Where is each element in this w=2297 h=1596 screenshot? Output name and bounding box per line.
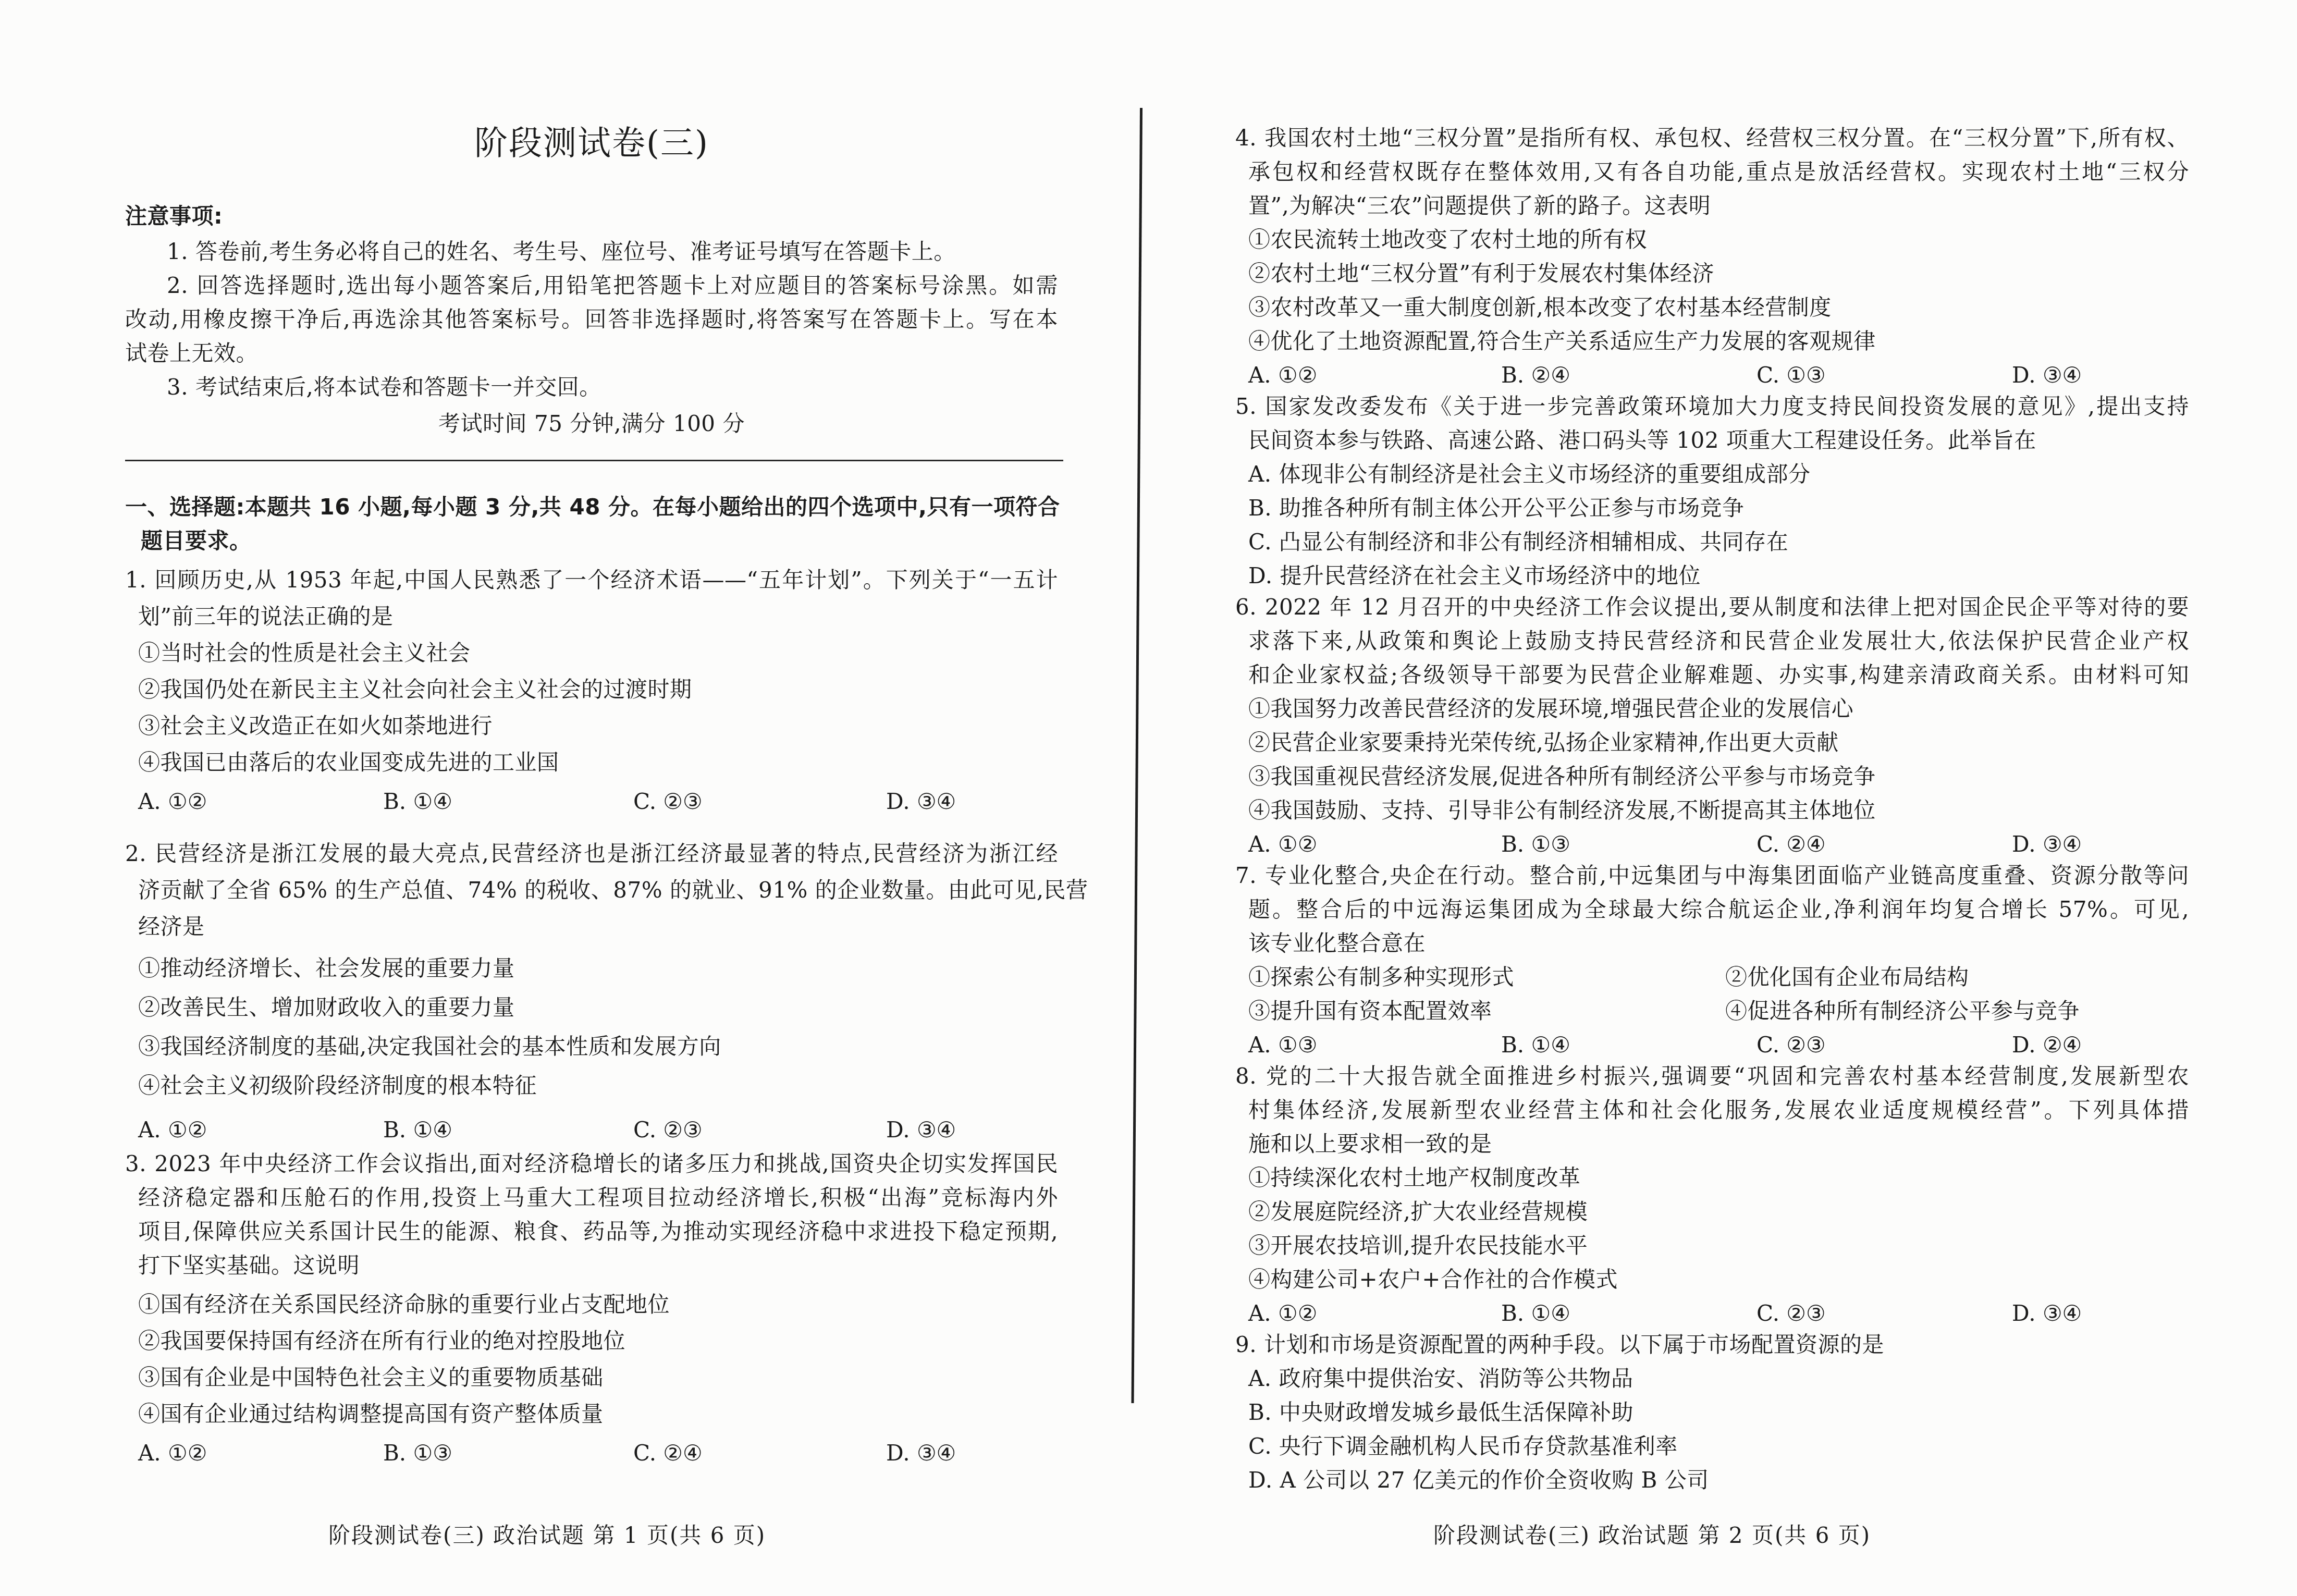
question-stem: 项目,保障供应关系国计民生的能源、粮食、药品等,为推动实现经济稳中求进投下稳定预… xyxy=(138,1217,1058,1246)
statement: ④我国鼓励、支持、引导非公有制经济发展,不断提高其主体地位 xyxy=(1248,796,1876,825)
option-a[interactable]: A. ①② xyxy=(1248,1299,1317,1328)
question-stem: 8. 党的二十大报告就全面推进乡村振兴,强调要“巩固和完善农村基本经营制度,发展… xyxy=(1235,1062,2189,1091)
column-divider xyxy=(1132,108,1143,1403)
question-stem: 划”前三年的说法正确的是 xyxy=(138,602,393,631)
question-stem: 3. 2023 年中央经济工作会议指出,面对经济稳增长的诸多压力和挑战,国资央企… xyxy=(125,1149,1058,1178)
question-stem: 2. 民营经济是浙江发展的最大亮点,民营经济也是浙江经济最显著的特点,民营经济为… xyxy=(125,839,1058,868)
statement: ①我国努力改善民营经济的发展环境,增强民营企业的发展信心 xyxy=(1248,694,1853,723)
option-b[interactable]: B. ①④ xyxy=(383,1115,452,1145)
statement: ①农民流转土地改变了农村土地的所有权 xyxy=(1248,225,1647,254)
statement: ②发展庭院经济,扩大农业经营规模 xyxy=(1248,1197,1588,1226)
question-stem: 题。整合后的中远海运集团成为全球最大综合航运企业,净利润年均复合增长 57%。可… xyxy=(1248,895,2189,924)
statement: ③国有企业是中国特色社会主义的重要物质基础 xyxy=(138,1363,604,1392)
option-b[interactable]: B. ②④ xyxy=(1501,361,1570,390)
option-a[interactable]: A. ①② xyxy=(1248,361,1317,390)
statement: ②我国要保持国有经济在所有行业的绝对控股地位 xyxy=(138,1327,625,1356)
statement: ④国有企业通过结构调整提高国有资产整体质量 xyxy=(138,1399,604,1429)
question-stem: 求落下来,从政策和舆论上鼓励支持民营经济和民营企业发展壮大,依法保护民营企业产权 xyxy=(1248,627,2189,656)
statement: ③我国重视民营经济发展,促进各种所有制经济公平参与市场竞争 xyxy=(1248,762,1876,791)
question-stem: 和企业家权益;各级领导干部要为民营企业解难题、办实事,构建亲清政商关系。由材料可… xyxy=(1248,660,2189,690)
section-heading-line-2: 题目要求。 xyxy=(141,526,252,556)
statement: ③我国经济制度的基础,决定我国社会的基本性质和发展方向 xyxy=(138,1032,721,1061)
statement: ③提升国有资本配置效率 xyxy=(1248,997,1492,1026)
option-a[interactable]: A. ①② xyxy=(138,1115,207,1145)
statement: ①探索公有制多种实现形式 xyxy=(1248,963,1514,992)
statement: ②改善民生、增加财政收入的重要力量 xyxy=(138,993,515,1022)
notice-line-2: 2. 回答选择题时,选出每小题答案后,用铅笔把答题卡上对应题目的答案标号涂黑。如… xyxy=(167,271,1058,300)
choice-c[interactable]: C. 凸显公有制经济和非公有制经济相辅相成、共同存在 xyxy=(1248,527,1788,557)
statement: ①当时社会的性质是社会主义社会 xyxy=(138,639,471,668)
choice-d[interactable]: D. 提升民营经济在社会主义市场经济中的地位 xyxy=(1248,561,1701,591)
statement: ④构建公司+农户+合作社的合作模式 xyxy=(1248,1265,1618,1294)
statement: ④我国已由落后的农业国变成先进的工业国 xyxy=(138,748,559,777)
question-stem: 7. 专业化整合,央企在行动。整合前,中远集团与中海集团面临产业链高度重叠、资源… xyxy=(1235,861,2189,890)
option-d[interactable]: D. ③④ xyxy=(886,1115,956,1145)
statement: ④优化了土地资源配置,符合生产关系适应生产力发展的客观规律 xyxy=(1248,327,1876,356)
statement: ②优化国有企业布局结构 xyxy=(1725,963,1969,992)
choice-c[interactable]: C. 央行下调金融机构人民币存贷款基准利率 xyxy=(1248,1432,1678,1461)
option-b[interactable]: B. ①③ xyxy=(1501,830,1570,859)
option-d[interactable]: D. ③④ xyxy=(2012,361,2082,390)
option-d[interactable]: D. ②④ xyxy=(2012,1030,2082,1060)
question-stem: 9. 计划和市场是资源配置的两种手段。以下属于市场配置资源的是 xyxy=(1235,1330,1884,1359)
option-d[interactable]: D. ③④ xyxy=(886,1439,956,1468)
choice-d[interactable]: D. A 公司以 27 亿美元的作价全资收购 B 公司 xyxy=(1248,1466,1709,1495)
section-heading-line-1: 一、选择题:本题共 16 小题,每小题 3 分,共 48 分。在每小题给出的四个… xyxy=(125,493,1058,522)
statement: ④促进各种所有制经济公平参与竞争 xyxy=(1725,997,2080,1026)
question-stem: 济贡献了全省 65% 的生产总值、74% 的税收、87% 的就业、91% 的企业… xyxy=(138,876,1058,905)
option-d[interactable]: D. ③④ xyxy=(2012,830,2082,859)
option-a[interactable]: A. ①② xyxy=(138,787,207,816)
question-stem: 经济是 xyxy=(138,912,205,941)
statement: ②农村土地“三权分置”有利于发展农村集体经济 xyxy=(1248,259,1714,288)
option-b[interactable]: B. ①④ xyxy=(1501,1299,1570,1328)
choice-a[interactable]: A. 政府集中提供治安、消防等公共物品 xyxy=(1248,1364,1633,1393)
choice-a[interactable]: A. 体现非公有制经济是社会主义市场经济的重要组成部分 xyxy=(1248,460,1811,489)
option-a[interactable]: A. ①③ xyxy=(1248,1030,1317,1060)
statement: ③社会主义改造正在如火如荼地进行 xyxy=(138,711,493,741)
question-stem: 6. 2022 年 12 月召开的中央经济工作会议提出,要从制度和法律上把对国企… xyxy=(1235,593,2189,622)
option-a[interactable]: A. ①② xyxy=(138,1439,207,1468)
option-c[interactable]: C. ②③ xyxy=(633,1115,703,1145)
header-divider xyxy=(125,460,1063,461)
notice-line-4: 试卷上无效。 xyxy=(125,339,258,368)
question-stem: 村集体经济,发展新型农业经营主体和社会化服务,发展农业适度规模经营”。下列具体措 xyxy=(1248,1096,2189,1125)
page-2-footer: 阶段测试卷(三) 政治试题 第 2 页(共 6 页) xyxy=(1433,1521,1871,1550)
option-a[interactable]: A. ①② xyxy=(1248,830,1317,859)
option-b[interactable]: B. ①④ xyxy=(1501,1030,1570,1060)
statement: ①国有经济在关系国民经济命脉的重要行业占支配地位 xyxy=(138,1290,670,1319)
question-stem: 该专业化整合意在 xyxy=(1248,929,1426,958)
notice-line-1: 1. 答卷前,考生务必将自己的姓名、考生号、座位号、准考证号填写在答题卡上。 xyxy=(167,237,956,266)
question-stem: 承包权和经营权既存在整体效用,又有各自功能,重点是放活经营权。实现农村土地“三权… xyxy=(1248,157,2189,187)
choice-b[interactable]: B. 中央财政增发城乡最低生活保障补助 xyxy=(1248,1398,1633,1427)
statement: ①推动经济增长、社会发展的重要力量 xyxy=(138,954,515,983)
page-1-footer: 阶段测试卷(三) 政治试题 第 1 页(共 6 页) xyxy=(328,1521,766,1550)
option-b[interactable]: B. ①③ xyxy=(383,1439,452,1468)
choice-b[interactable]: B. 助推各种所有制主体公开公平公正参与市场竞争 xyxy=(1248,494,1745,523)
notice-line-5: 3. 考试结束后,将本试卷和答题卡一并交回。 xyxy=(167,373,601,402)
question-stem: 民间资本参与铁路、高速公路、港口码头等 102 项重大工程建设任务。此举旨在 xyxy=(1248,426,2036,455)
statement: ③开展农技培训,提升农民技能水平 xyxy=(1248,1231,1588,1260)
question-stem: 置”,为解决“三农”问题提供了新的路子。这表明 xyxy=(1248,191,1711,220)
option-c[interactable]: C. ①③ xyxy=(1756,361,1826,390)
statement: ③农村改革又一重大制度创新,根本改变了农村基本经营制度 xyxy=(1248,293,1832,322)
question-stem: 4. 我国农村土地“三权分置”是指所有权、承包权、经营权三权分置。在“三权分置”… xyxy=(1235,124,2189,153)
option-b[interactable]: B. ①④ xyxy=(383,787,452,816)
statement: ①持续深化农村土地产权制度改革 xyxy=(1248,1163,1581,1193)
option-c[interactable]: C. ②④ xyxy=(1756,830,1826,859)
exam-info: 考试时间 75 分钟,满分 100 分 xyxy=(125,409,1058,438)
question-stem: 施和以上要求相一致的是 xyxy=(1248,1130,1492,1159)
option-d[interactable]: D. ③④ xyxy=(886,787,956,816)
statement: ④社会主义初级阶段经济制度的根本特征 xyxy=(138,1071,537,1100)
statement: ②我国仍处在新民主主义社会向社会主义社会的过渡时期 xyxy=(138,675,692,704)
question-stem: 1. 回顾历史,从 1953 年起,中国人民熟悉了一个经济术语——“五年计划”。… xyxy=(125,566,1058,595)
option-c[interactable]: C. ②④ xyxy=(633,1439,703,1468)
statement: ②民营企业家要秉持光荣传统,弘扬企业家精神,作出更大贡献 xyxy=(1248,728,1839,757)
option-c[interactable]: C. ②③ xyxy=(1756,1299,1826,1328)
question-stem: 5. 国家发改委发布《关于进一步完善政策环境加大力度支持民间投资发展的意见》,提… xyxy=(1235,392,2189,421)
page-title: 阶段测试卷(三) xyxy=(125,122,1058,164)
notice-line-3: 改动,用橡皮擦干净后,再选涂其他答案标号。回答非选择题时,将答案写在答题卡上。写… xyxy=(125,305,1058,334)
option-c[interactable]: C. ②③ xyxy=(1756,1030,1826,1060)
notice-heading: 注意事项: xyxy=(125,202,223,231)
option-d[interactable]: D. ③④ xyxy=(2012,1299,2082,1328)
option-c[interactable]: C. ②③ xyxy=(633,787,703,816)
question-stem: 经济稳定器和压舱石的作用,投资上马重大工程项目拉动经济增长,积极“出海”竞标海内… xyxy=(138,1183,1058,1212)
question-stem: 打下坚实基础。这说明 xyxy=(138,1251,360,1280)
